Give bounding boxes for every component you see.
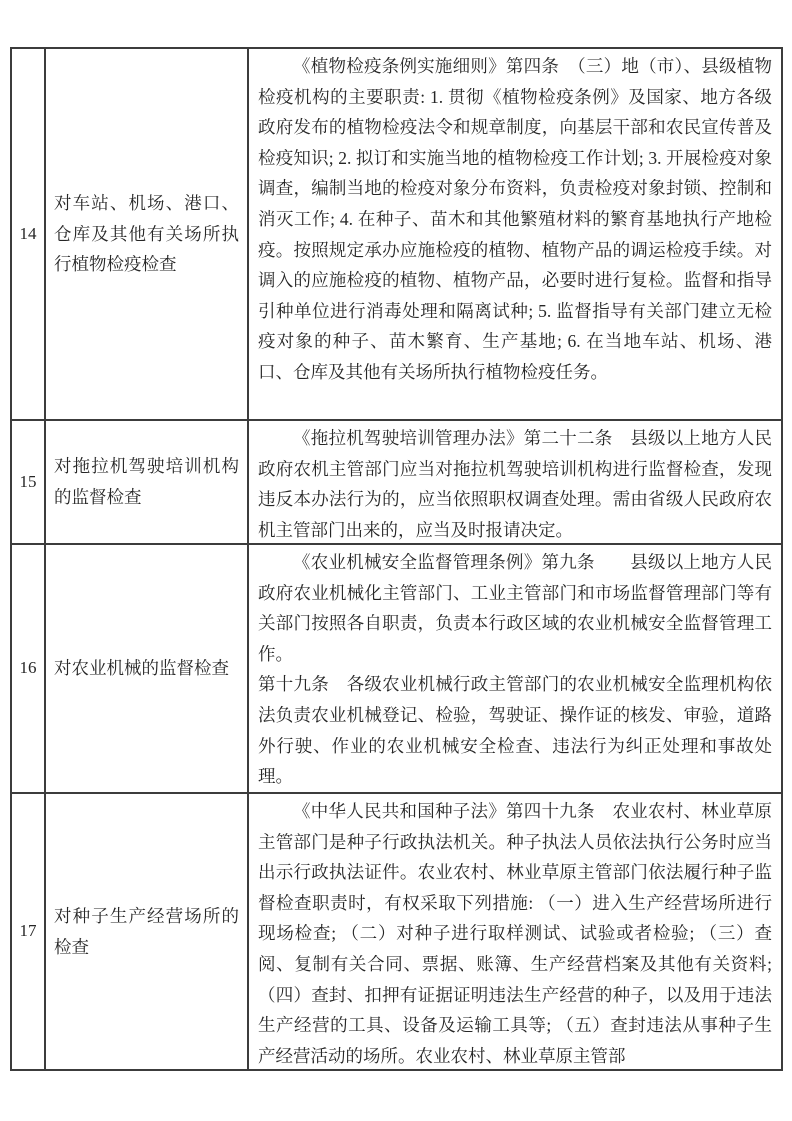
legal-basis-cell: 《农业机械安全监督管理条例》第九条 县级以上地方人民政府农业机械化主管部门、工业… [248, 544, 782, 793]
legal-basis-cell: 《植物检疫条例实施细则》第四条 （三）地（市）、县级植物检疫机构的主要职责: 1… [248, 48, 782, 420]
row-number: 14 [12, 50, 44, 418]
inspection-item-cell: 对拖拉机驾驶培训机构的监督检查 [45, 420, 248, 544]
inspection-item-text: 对农业机械的监督检查 [54, 653, 239, 684]
row-number: 16 [12, 546, 44, 791]
inspection-item-text: 对拖拉机驾驶培训机构的监督检查 [54, 451, 239, 512]
row-number: 15 [12, 422, 44, 542]
table-row: 17 对种子生产经营场所的检查 《中华人民共和国种子法》第四十九条 农业农村、林… [11, 793, 782, 1070]
legal-basis-paragraph: 第十九条 各级农业机械行政主管部门的农业机械安全监理机构依法负责农业机械登记、检… [258, 669, 772, 791]
document-page: { "document": { "background_color": "#ff… [0, 0, 792, 1121]
legal-basis-paragraph: 《植物检疫条例实施细则》第四条 （三）地（市）、县级植物检疫机构的主要职责: 1… [258, 51, 772, 388]
legal-basis-cell: 《中华人民共和国种子法》第四十九条 农业农村、林业草原主管部门是种子行政执法机关… [248, 793, 782, 1070]
legal-basis-paragraph: 《拖拉机驾驶培训管理办法》第二十二条 县级以上地方人民政府农机主管部门应当对拖拉… [258, 423, 772, 543]
table-row: 16 对农业机械的监督检查 《农业机械安全监督管理条例》第九条 县级以上地方人民… [11, 544, 782, 793]
inspection-item-text: 对种子生产经营场所的检查 [54, 901, 239, 962]
row-number: 17 [12, 795, 44, 1068]
legal-basis-cell: 《拖拉机驾驶培训管理办法》第二十二条 县级以上地方人民政府农机主管部门应当对拖拉… [248, 420, 782, 544]
legal-basis-paragraph: 《农业机械安全监督管理条例》第九条 县级以上地方人民政府农业机械化主管部门、工业… [258, 547, 772, 669]
row-number-cell: 16 [11, 544, 45, 793]
inspection-item-cell: 对种子生产经营场所的检查 [45, 793, 248, 1070]
inspection-item-cell: 对车站、机场、港口、仓库及其他有关场所执行植物检疫检查 [45, 48, 248, 420]
legal-basis-paragraph: 《中华人民共和国种子法》第四十九条 农业农村、林业草原主管部门是种子行政执法机关… [258, 796, 772, 1069]
row-number-cell: 17 [11, 793, 45, 1070]
table-row: 14 对车站、机场、港口、仓库及其他有关场所执行植物检疫检查 《植物检疫条例实施… [11, 48, 782, 420]
inspection-items-table: 14 对车站、机场、港口、仓库及其他有关场所执行植物检疫检查 《植物检疫条例实施… [10, 47, 783, 1071]
row-number-cell: 14 [11, 48, 45, 420]
table-row: 15 对拖拉机驾驶培训机构的监督检查 《拖拉机驾驶培训管理办法》第二十二条 县级… [11, 420, 782, 544]
inspection-item-cell: 对农业机械的监督检查 [45, 544, 248, 793]
inspection-item-text: 对车站、机场、港口、仓库及其他有关场所执行植物检疫检查 [54, 188, 239, 280]
row-number-cell: 15 [11, 420, 45, 544]
